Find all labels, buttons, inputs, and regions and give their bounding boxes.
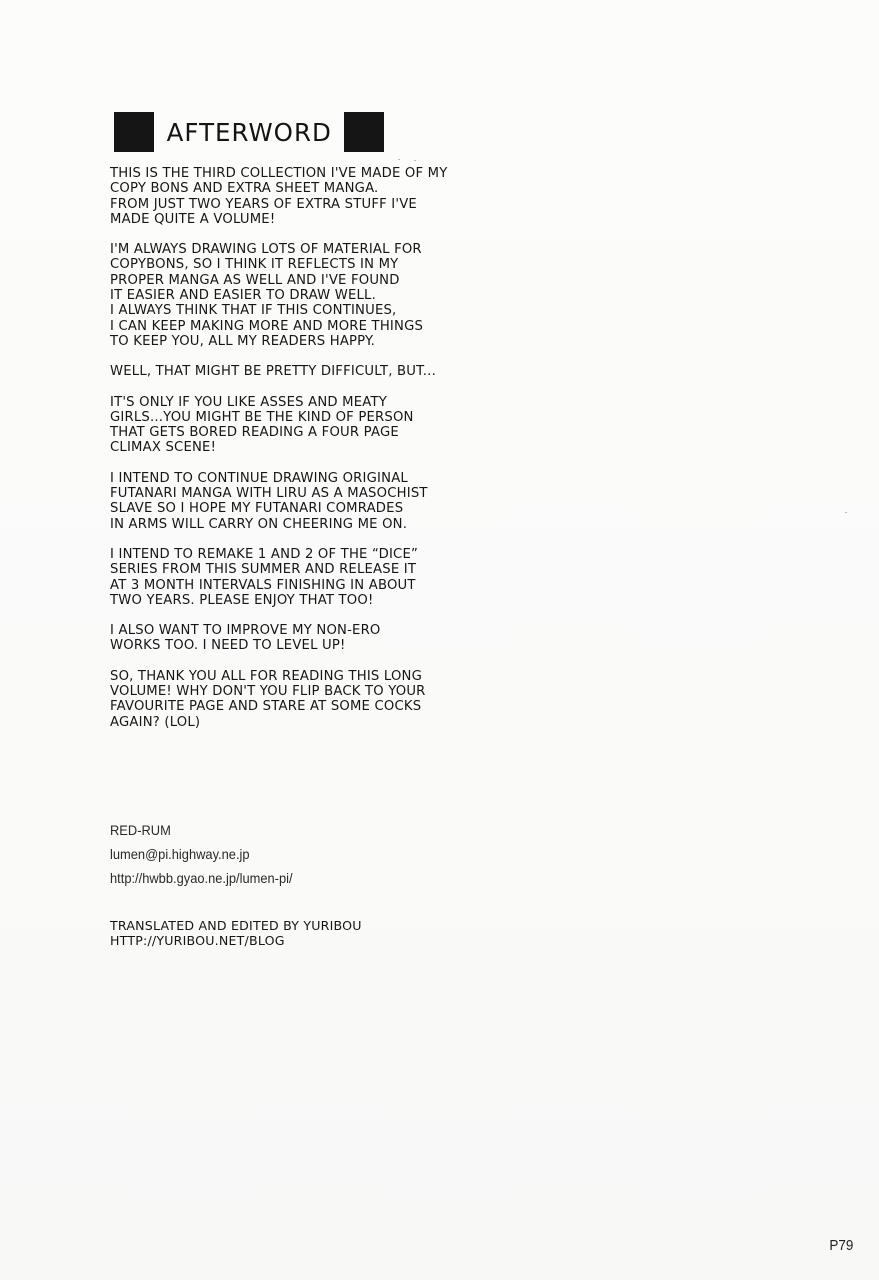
paragraph: I INTEND TO REMAKE 1 AND 2 OF THE “DICE”…: [110, 547, 540, 608]
circle-name: RED-RUM: [110, 820, 293, 844]
paragraph: I ALSO WANT TO IMPROVE MY NON-ERO WORKS …: [110, 623, 540, 654]
page-number: P79: [830, 1237, 854, 1254]
author-website: http://hwbb.gyao.ne.jp/lumen-pi/: [110, 868, 293, 892]
translator-line: TRANSLATED AND EDITED BY YURIBOU: [110, 918, 362, 933]
heading-left-block: [114, 112, 154, 152]
scan-speck: [845, 512, 847, 513]
afterword-heading: AFTERWORD: [114, 112, 384, 152]
scan-speck: [414, 160, 416, 161]
paragraph: IT'S ONLY IF YOU LIKE ASSES AND MEATY GI…: [110, 395, 540, 456]
scan-speck: [398, 159, 400, 160]
heading-title: AFTERWORD: [167, 118, 332, 147]
author-credits: RED-RUM lumen@pi.highway.ne.jp http://hw…: [110, 820, 293, 892]
translator-url: HTTP://YURIBOU.NET/BLOG: [110, 933, 362, 948]
afterword-body: THIS IS THE THIRD COLLECTION I'VE MADE O…: [110, 166, 540, 745]
author-email: lumen@pi.highway.ne.jp: [110, 844, 293, 868]
heading-right-block: [344, 112, 384, 152]
manga-page: AFTERWORD THIS IS THE THIRD COLLECTION I…: [0, 0, 879, 1280]
paragraph: I'M ALWAYS DRAWING LOTS OF MATERIAL FOR …: [110, 242, 540, 349]
paragraph: THIS IS THE THIRD COLLECTION I'VE MADE O…: [110, 166, 540, 227]
paragraph: SO, THANK YOU ALL FOR READING THIS LONG …: [110, 669, 540, 730]
paragraph: WELL, THAT MIGHT BE PRETTY DIFFICULT, BU…: [110, 364, 540, 379]
paragraph: I INTEND TO CONTINUE DRAWING ORIGINAL FU…: [110, 471, 540, 532]
translator-credit: TRANSLATED AND EDITED BY YURIBOU HTTP://…: [110, 918, 362, 948]
